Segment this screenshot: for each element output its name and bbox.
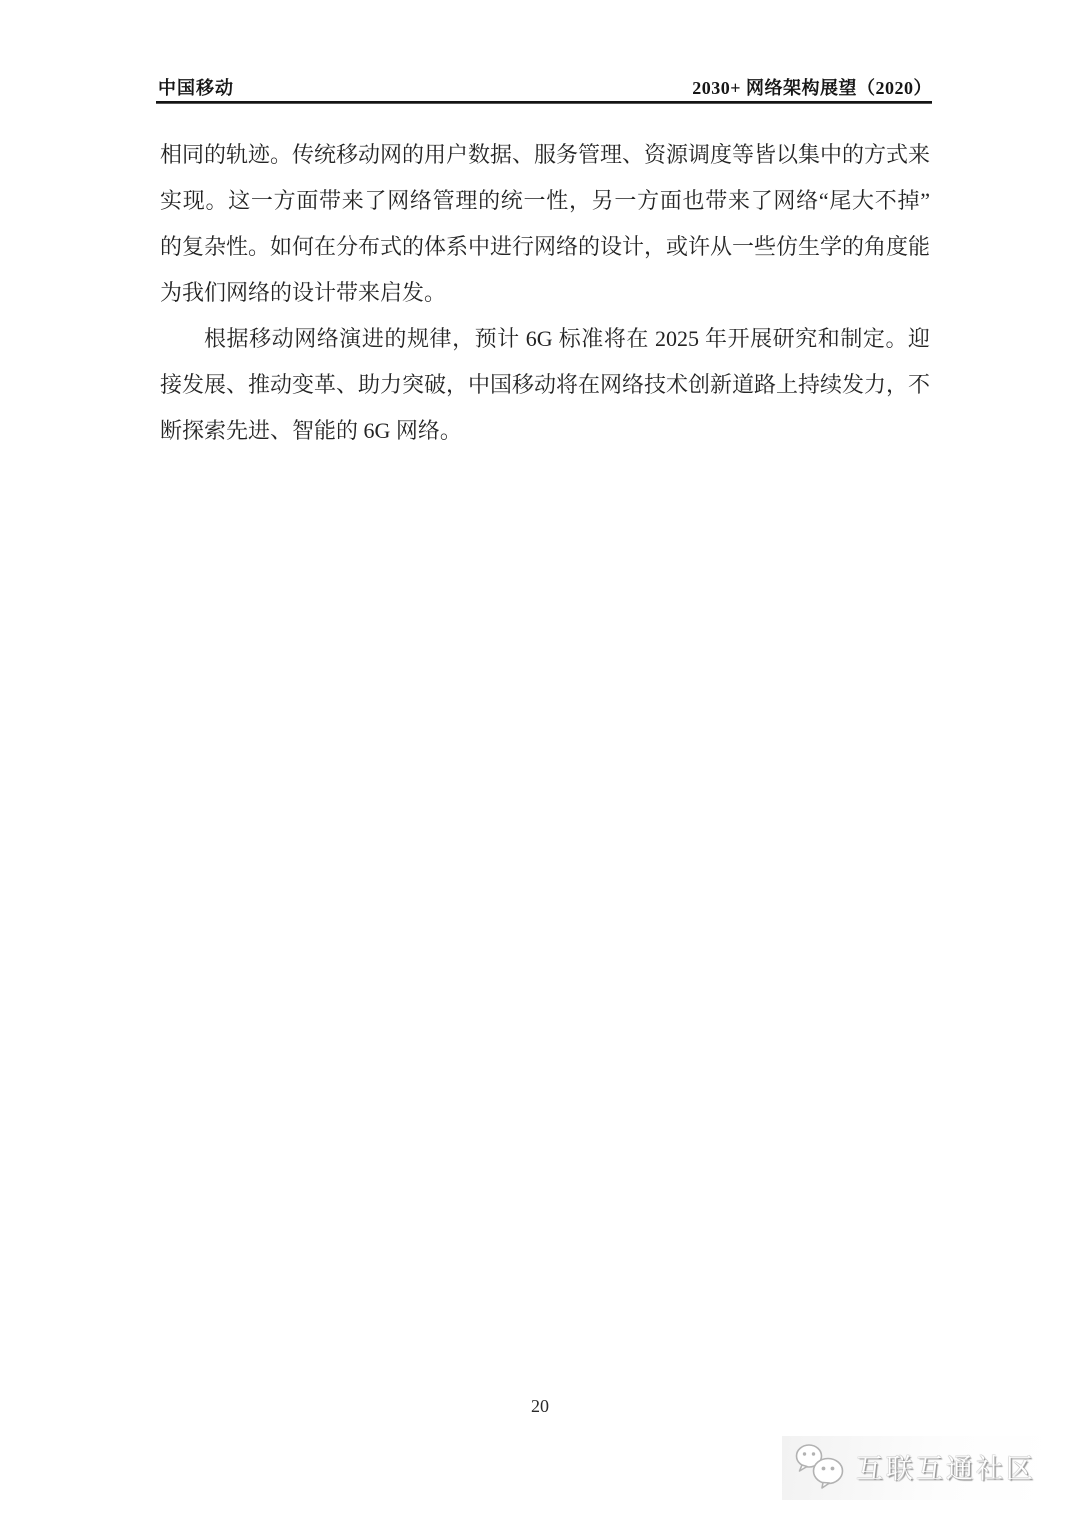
paragraph-line: 相同的轨迹。传统移动网的用户数据、服务管理、资源调度等皆以集中的方式来: [160, 132, 930, 178]
header-right-title: 2030+ 网络架构展望（2020）: [692, 74, 932, 100]
document-page: 中国移动 2030+ 网络架构展望（2020） 相同的轨迹。传统移动网的用户数据…: [0, 0, 1080, 1526]
watermark: 互联互通社区: [782, 1436, 1046, 1500]
paragraph-line: 实现。这一方面带来了网络管理的统一性，另一方面也带来了网络“尾大不掉”: [160, 178, 930, 224]
paragraph: 根据移动网络演进的规律，预计 6G 标准将在 2025 年开展研究和制定。迎 接…: [160, 316, 930, 454]
header-left-title: 中国移动: [158, 74, 234, 100]
page-number: 20: [0, 1396, 1080, 1417]
document-body: 相同的轨迹。传统移动网的用户数据、服务管理、资源调度等皆以集中的方式来 实现。这…: [160, 132, 930, 454]
paragraph-line: 的复杂性。如何在分布式的体系中进行网络的设计，或许从一些仿生学的角度能: [160, 224, 930, 270]
header-divider-rule: [156, 101, 932, 104]
watermark-label: 互联互通社区: [856, 1447, 1036, 1486]
page-header: 中国移动 2030+ 网络架构展望（2020）: [158, 74, 932, 100]
paragraph: 相同的轨迹。传统移动网的用户数据、服务管理、资源调度等皆以集中的方式来 实现。这…: [160, 132, 930, 316]
chat-bubbles-icon: [794, 1442, 848, 1490]
paragraph-line: 为我们网络的设计带来启发。: [160, 270, 930, 316]
paragraph-line: 根据移动网络演进的规律，预计 6G 标准将在 2025 年开展研究和制定。迎: [160, 316, 930, 362]
paragraph-line: 断探索先进、智能的 6G 网络。: [160, 408, 930, 454]
paragraph-line: 接发展、推动变革、助力突破，中国移动将在网络技术创新道路上持续发力，不: [160, 362, 930, 408]
